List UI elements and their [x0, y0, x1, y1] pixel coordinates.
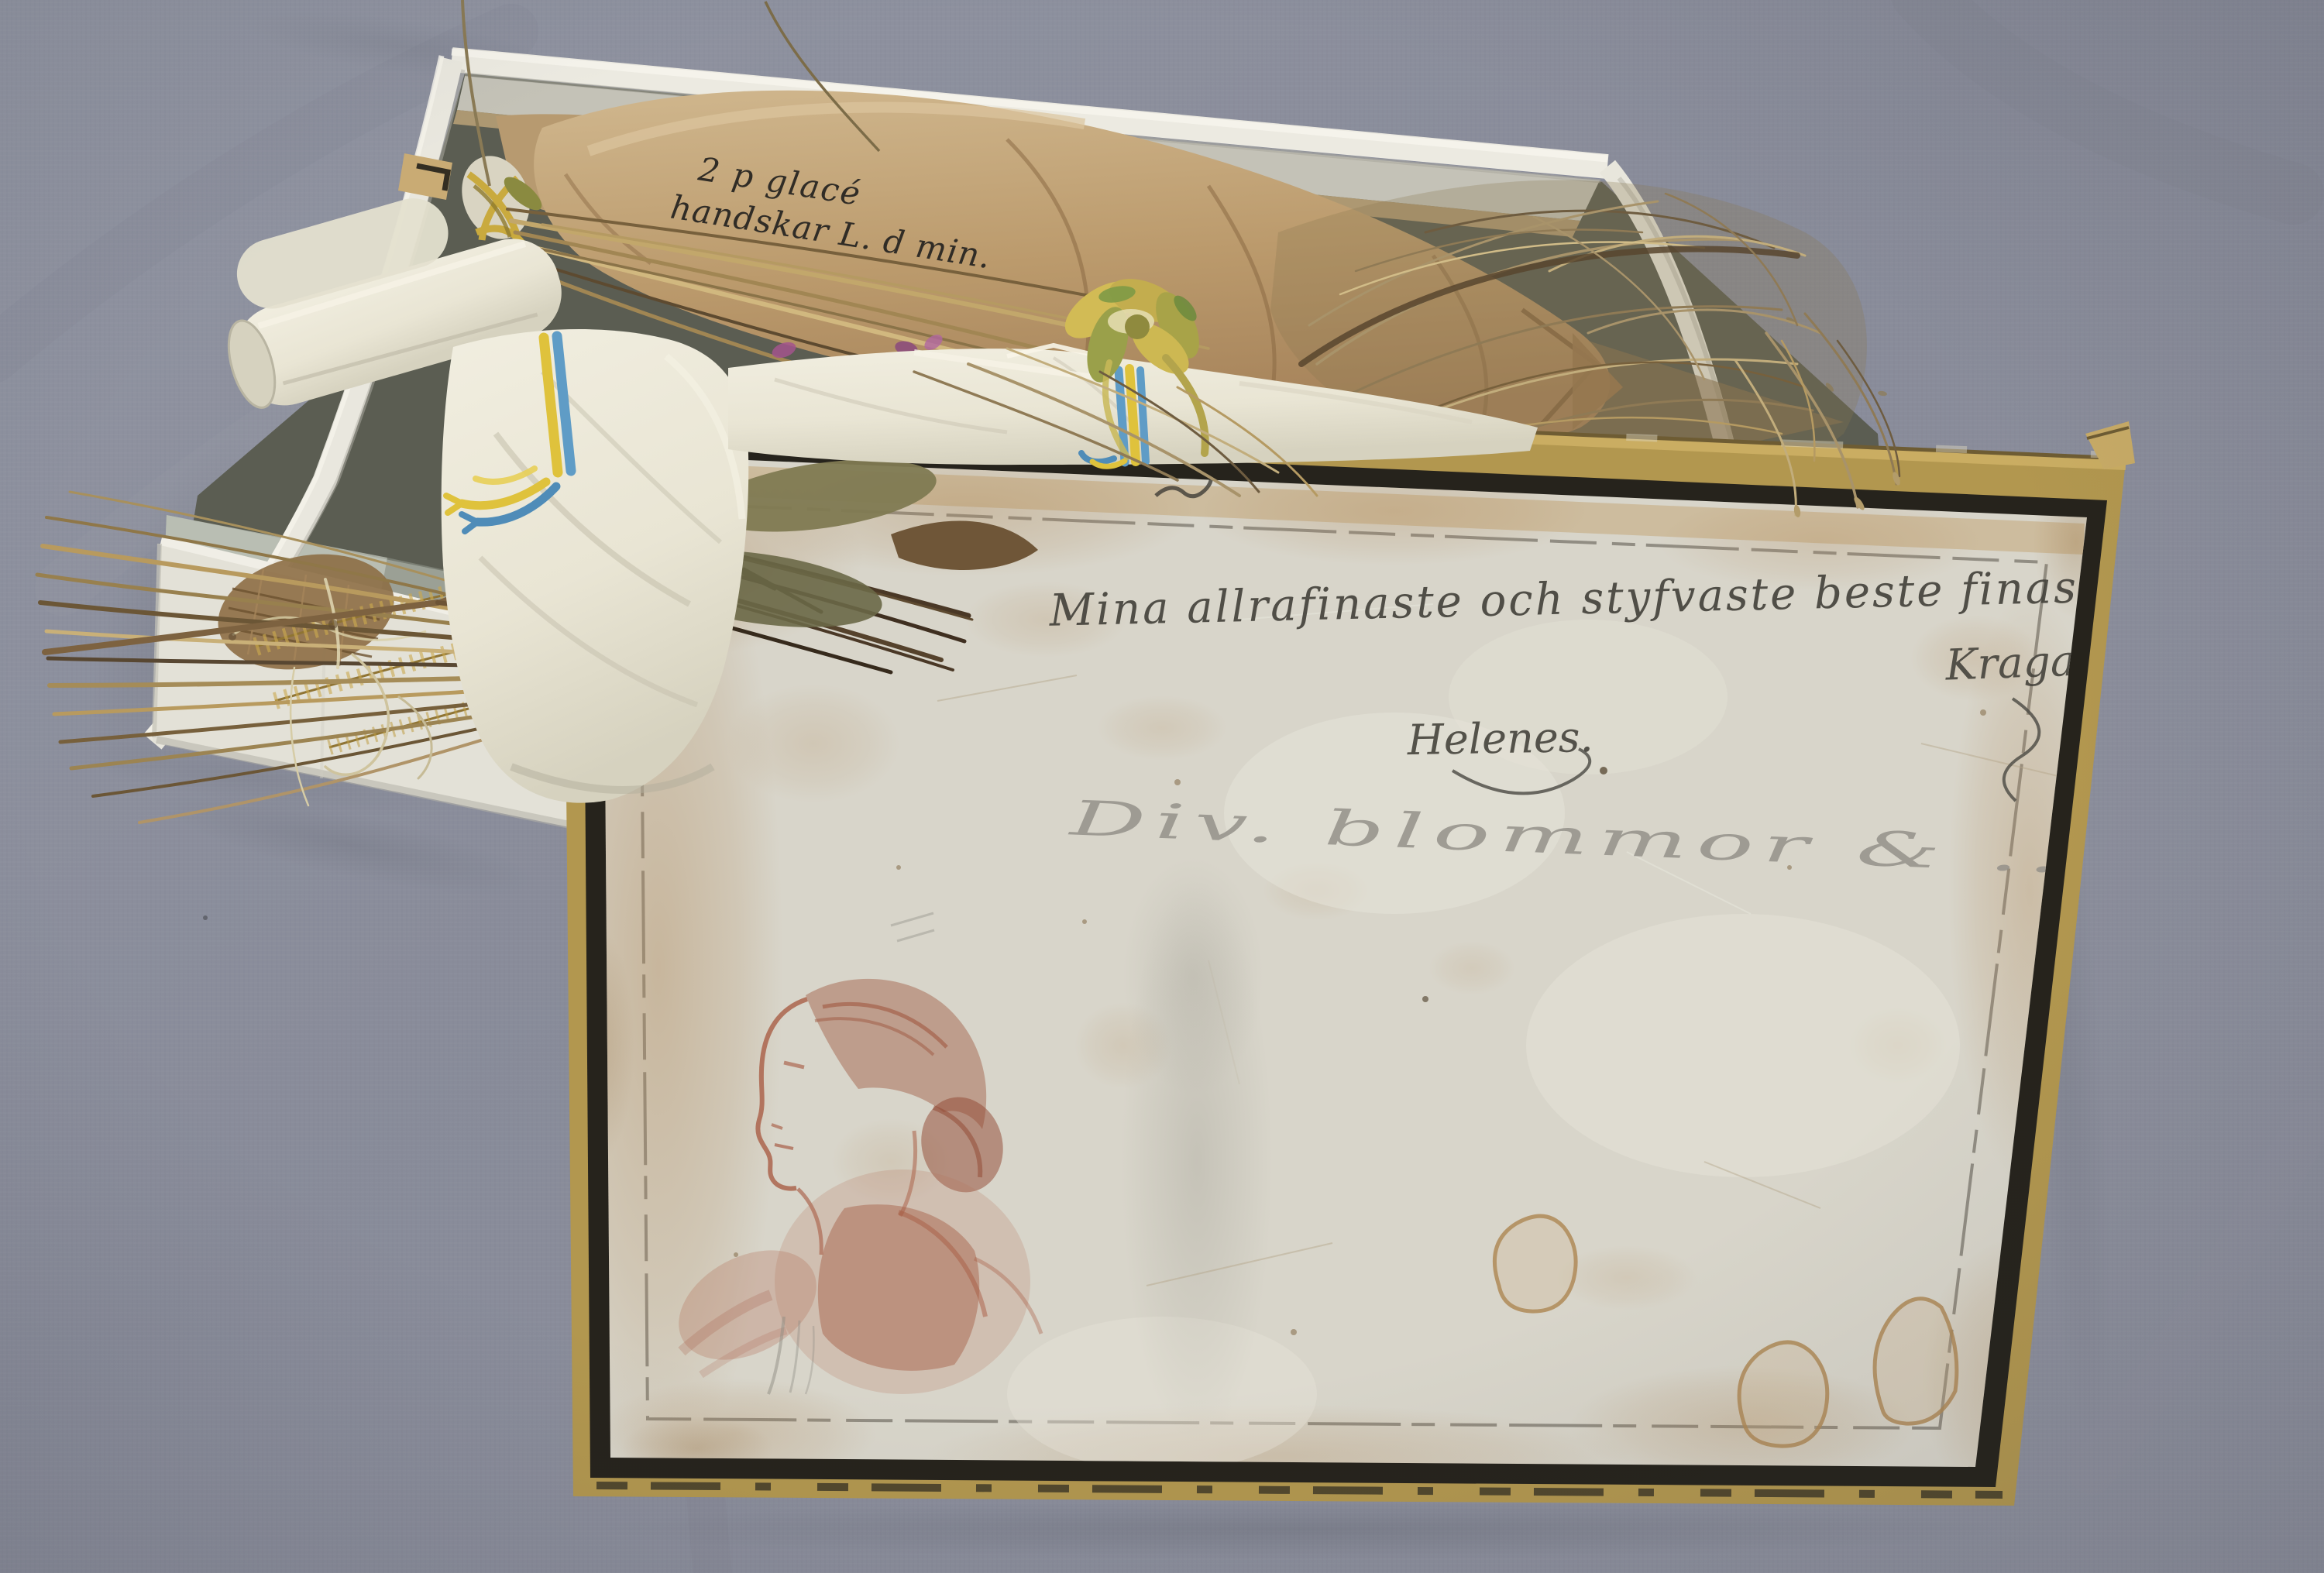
photograph: 2 p glacé handskar L. d min.: [0, 0, 2324, 1573]
vignette: [0, 0, 2324, 1573]
